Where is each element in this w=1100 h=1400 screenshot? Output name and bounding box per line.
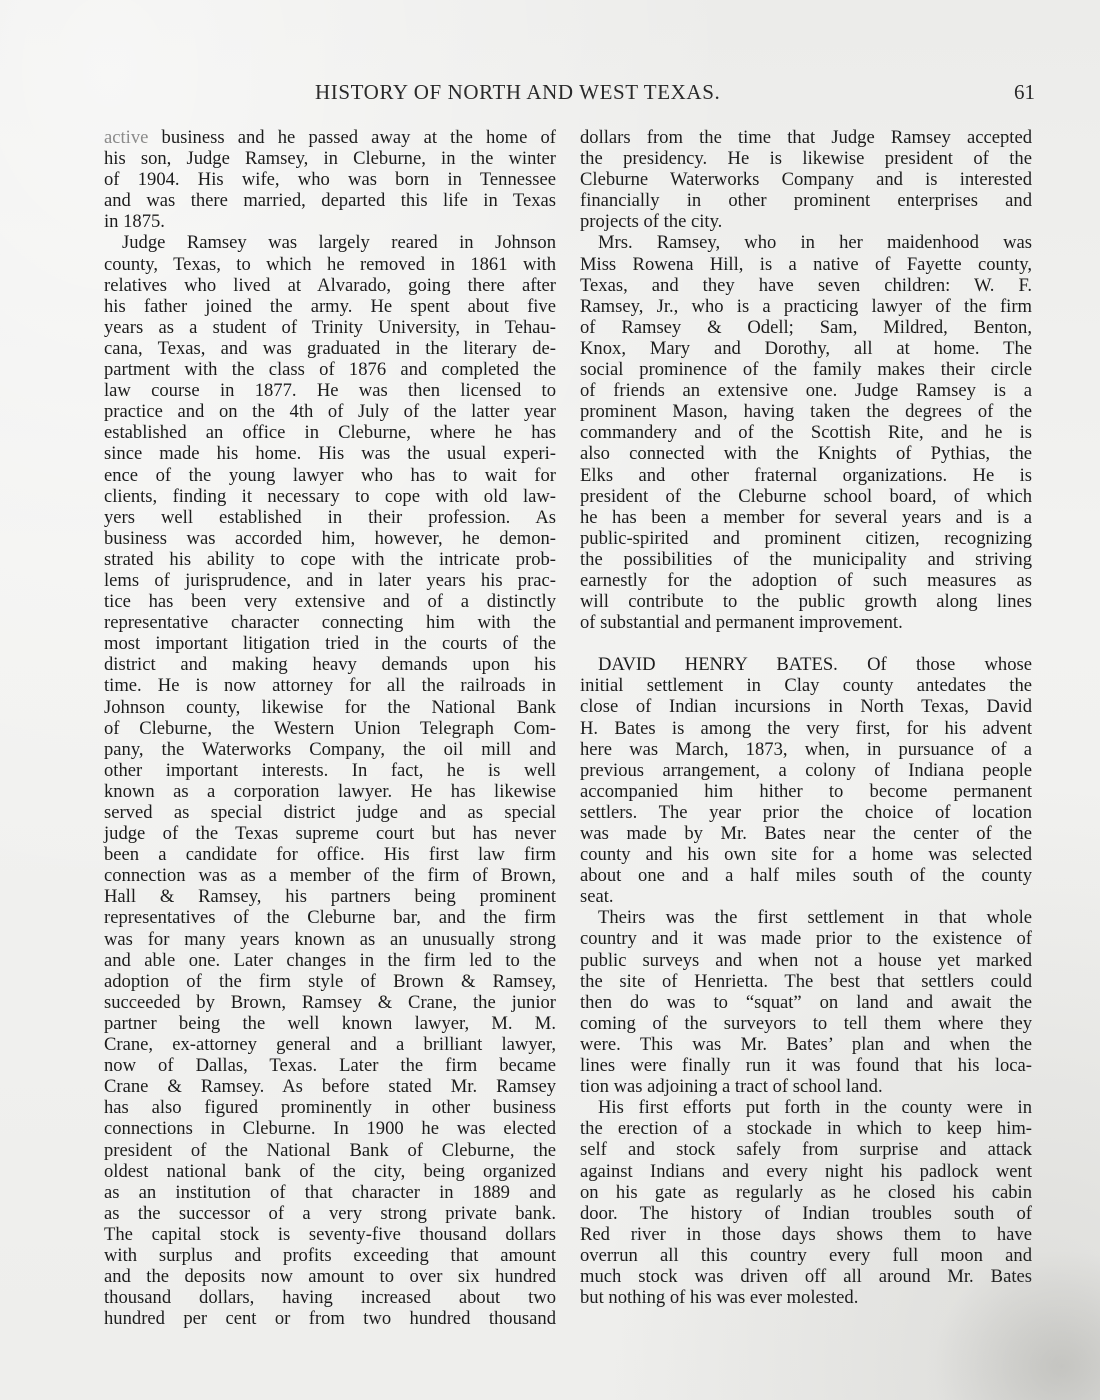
text-line: has also figured prominently in other bu… — [104, 1097, 556, 1118]
text-line: social prominence of the family makes th… — [580, 359, 1032, 380]
text-line: His first efforts put forth in the count… — [580, 1097, 1032, 1118]
page-number: 61 — [1014, 80, 1035, 105]
text-line: of substantial and permanent improvement… — [580, 612, 1032, 633]
text-line: settlers. The year prior the choice of l… — [580, 802, 1032, 823]
text-line: years as a student of Trinity University… — [104, 317, 556, 338]
text-line: representatives of the Cleburne bar, and… — [104, 907, 556, 928]
text-line: Knox, Mary and Dorothy, all at home. The — [580, 338, 1032, 359]
running-head: HISTORY OF NORTH AND WEST TEXAS. 61 — [100, 80, 1035, 110]
text-line: Elks and other fraternal organizations. … — [580, 465, 1032, 486]
text-line: adoption of the firm style of Brown & Ra… — [104, 971, 556, 992]
text-line: tion was adjoining a tract of school lan… — [580, 1076, 1032, 1097]
text-line: the possibilities of the municipality an… — [580, 549, 1032, 570]
text-line: of 1904. His wife, who was born in Tenne… — [104, 169, 556, 190]
text-line: president of the National Bank of Clebur… — [104, 1140, 556, 1161]
text-line: Crane, ex-attorney general and a brillia… — [104, 1034, 556, 1055]
text-line: lines were finally run it was found that… — [580, 1055, 1032, 1076]
text-line: public-spirited and prominent citizen, r… — [580, 528, 1032, 549]
text-line: on his gate as regularly as he closed hi… — [580, 1182, 1032, 1203]
text-line: judge of the Texas supreme court but has… — [104, 823, 556, 844]
text-line: much stock was driven off all around Mr.… — [580, 1266, 1032, 1287]
right-column: dollars from the time that Judge Ramsey … — [580, 127, 1032, 1308]
text-line: here was March, 1873, when, in pursuance… — [580, 739, 1032, 760]
text-line: public surveys and when not a house yet … — [580, 950, 1032, 971]
text-line: Red river in those days shows them to ha… — [580, 1224, 1032, 1245]
text-line: Cleburne Waterworks Company and is inter… — [580, 169, 1032, 190]
text-line: of Cleburne, the Western Union Telegraph… — [104, 718, 556, 739]
text-line: since made his home. His was the usual e… — [104, 443, 556, 464]
text-line: The capital stock is seventy-five thousa… — [104, 1224, 556, 1245]
text-line: been a candidate for office. His first l… — [104, 844, 556, 865]
text-line: coming of the surveyors to tell them whe… — [580, 1013, 1032, 1034]
text-line: partment with the class of 1876 and comp… — [104, 359, 556, 380]
text-line: oldest national bank of the city, being … — [104, 1161, 556, 1182]
text-line: then do was to “squat” on land and await… — [580, 992, 1032, 1013]
text-line: Theirs was the first settlement in that … — [580, 907, 1032, 928]
text-line: self and stock safely from surprise and … — [580, 1139, 1032, 1160]
text-line: county, Texas, to which he removed in 18… — [104, 254, 556, 275]
text-line: district and making heavy demands upon h… — [104, 654, 556, 675]
text-line: pany, the Waterworks Company, the oil mi… — [104, 739, 556, 760]
text-line: H. Bates is among the very first, for hi… — [580, 718, 1032, 739]
text-line: previous arrangement, a colony of Indian… — [580, 760, 1032, 781]
text-line: will contribute to the public growth alo… — [580, 591, 1032, 612]
text-line: and the deposits now amount to over six … — [104, 1266, 556, 1287]
text-line: known as a corporation lawyer. He has li… — [104, 781, 556, 802]
book-page: HISTORY OF NORTH AND WEST TEXAS. 61 acti… — [0, 0, 1100, 1400]
text-line: country and it was made prior to the exi… — [580, 928, 1032, 949]
text-line: thousand dollars, having increased about… — [104, 1287, 556, 1308]
text-line: seat. — [580, 886, 1032, 907]
running-title: HISTORY OF NORTH AND WEST TEXAS. — [315, 80, 720, 105]
text-line: business was accorded him, however, he d… — [104, 528, 556, 549]
text-line: Texas, and they have seven children: W. … — [580, 275, 1032, 296]
text-line: strated his ability to cope with the int… — [104, 549, 556, 570]
text-line: were. This was Mr. Bates’ plan and when … — [580, 1034, 1032, 1055]
text-line: ence of the young lawyer who has to wait… — [104, 465, 556, 486]
text-line: lems of jurisprudence, and in later year… — [104, 570, 556, 591]
text-line: Hall & Ramsey, his partners being promin… — [104, 886, 556, 907]
text-line: initial settlement in Clay county anteda… — [580, 675, 1032, 696]
text-line: but nothing of his was ever molested. — [580, 1287, 1032, 1308]
text-line: Crane & Ramsey. As before stated Mr. Ram… — [104, 1076, 556, 1097]
text-line: his son, Judge Ramsey, in Cleburne, in t… — [104, 148, 556, 169]
text-line: was for many years known as an unusually… — [104, 929, 556, 950]
text-line: projects of the city. — [580, 211, 1032, 232]
text-line: county and his own site for a home was s… — [580, 844, 1032, 865]
text-line: with surplus and profits exceeding that … — [104, 1245, 556, 1266]
text-line: close of Indian incursions in North Texa… — [580, 696, 1032, 717]
text-line: Miss Rowena Hill, is a native of Fayette… — [580, 254, 1032, 275]
text-line: as an institution of that character in 1… — [104, 1182, 556, 1203]
text-line: tice has been very extensive and of a di… — [104, 591, 556, 612]
text-line: as the successor of a very strong privat… — [104, 1203, 556, 1224]
text-line: most important litigation tried in the c… — [104, 633, 556, 654]
text-line: accompanied him hither to become permane… — [580, 781, 1032, 802]
text-line: active business and he passed away at th… — [104, 127, 556, 148]
text-line: served as special district judge and as … — [104, 802, 556, 823]
text-line: Judge Ramsey was largely reared in Johns… — [104, 232, 556, 253]
text-line: representative character connecting him … — [104, 612, 556, 633]
text-line: financially in other prominent enterpris… — [580, 190, 1032, 211]
text-line: DAVID HENRY BATES. Of those whose — [580, 654, 1032, 675]
text-line: established an office in Cleburne, where… — [104, 422, 556, 443]
text-line: commandery and of the Scottish Rite, and… — [580, 422, 1032, 443]
text-line: overrun all this country every full moon… — [580, 1245, 1032, 1266]
text-line: practice and on the 4th of July of the l… — [104, 401, 556, 422]
text-line: the site of Henrietta. The best that set… — [580, 971, 1032, 992]
text-line: hundred per cent or from two hundred tho… — [104, 1308, 556, 1329]
text-line: partner being the well known lawyer, M. … — [104, 1013, 556, 1034]
text-line: and able one. Later changes in the firm … — [104, 950, 556, 971]
text-line: door. The history of Indian troubles sou… — [580, 1203, 1032, 1224]
text-line: in 1875. — [104, 211, 556, 232]
text-line: dollars from the time that Judge Ramsey … — [580, 127, 1032, 148]
text-line: relatives who lived at Alvarado, going t… — [104, 275, 556, 296]
text-line: the erection of a stockade in which to k… — [580, 1118, 1032, 1139]
text-line: earnestly for the adoption of such measu… — [580, 570, 1032, 591]
text-line: Mrs. Ramsey, who in her maidenhood was — [580, 232, 1032, 253]
text-line: connection was as a member of the firm o… — [104, 865, 556, 886]
text-line: against Indians and every night his padl… — [580, 1161, 1032, 1182]
paragraph-gap — [580, 633, 1032, 654]
text-line: prominent Mason, having taken the degree… — [580, 401, 1032, 422]
text-line: yers well established in their professio… — [104, 507, 556, 528]
text-line: Ramsey, Jr., who is a practicing lawyer … — [580, 296, 1032, 317]
text-line: clients, finding it necessary to cope wi… — [104, 486, 556, 507]
text-line: succeeded by Brown, Ramsey & Crane, the … — [104, 992, 556, 1013]
left-column: active business and he passed away at th… — [104, 127, 556, 1329]
text-line: time. He is now attorney for all the rai… — [104, 675, 556, 696]
text-line: other important interests. In fact, he i… — [104, 760, 556, 781]
text-line: he has been a member for several years a… — [580, 507, 1032, 528]
text-line: his father joined the army. He spent abo… — [104, 296, 556, 317]
text-line: and was there married, departed this lif… — [104, 190, 556, 211]
text-line: of Ramsey & Odell; Sam, Mildred, Benton, — [580, 317, 1032, 338]
text-line: now of Dallas, Texas. Later the firm bec… — [104, 1055, 556, 1076]
text-line: president of the Cleburne school board, … — [580, 486, 1032, 507]
text-line: the presidency. He is likewise president… — [580, 148, 1032, 169]
text-line: connections in Cleburne. In 1900 he was … — [104, 1118, 556, 1139]
text-line: law course in 1877. He was then licensed… — [104, 380, 556, 401]
text-line: cana, Texas, and was graduated in the li… — [104, 338, 556, 359]
text-line: of friends an extensive one. Judge Ramse… — [580, 380, 1032, 401]
text-line: was made by Mr. Bates near the center of… — [580, 823, 1032, 844]
text-line: about one and a half miles south of the … — [580, 865, 1032, 886]
text-line: also connected with the Knights of Pythi… — [580, 443, 1032, 464]
text-line: Johnson county, likewise for the Nationa… — [104, 697, 556, 718]
